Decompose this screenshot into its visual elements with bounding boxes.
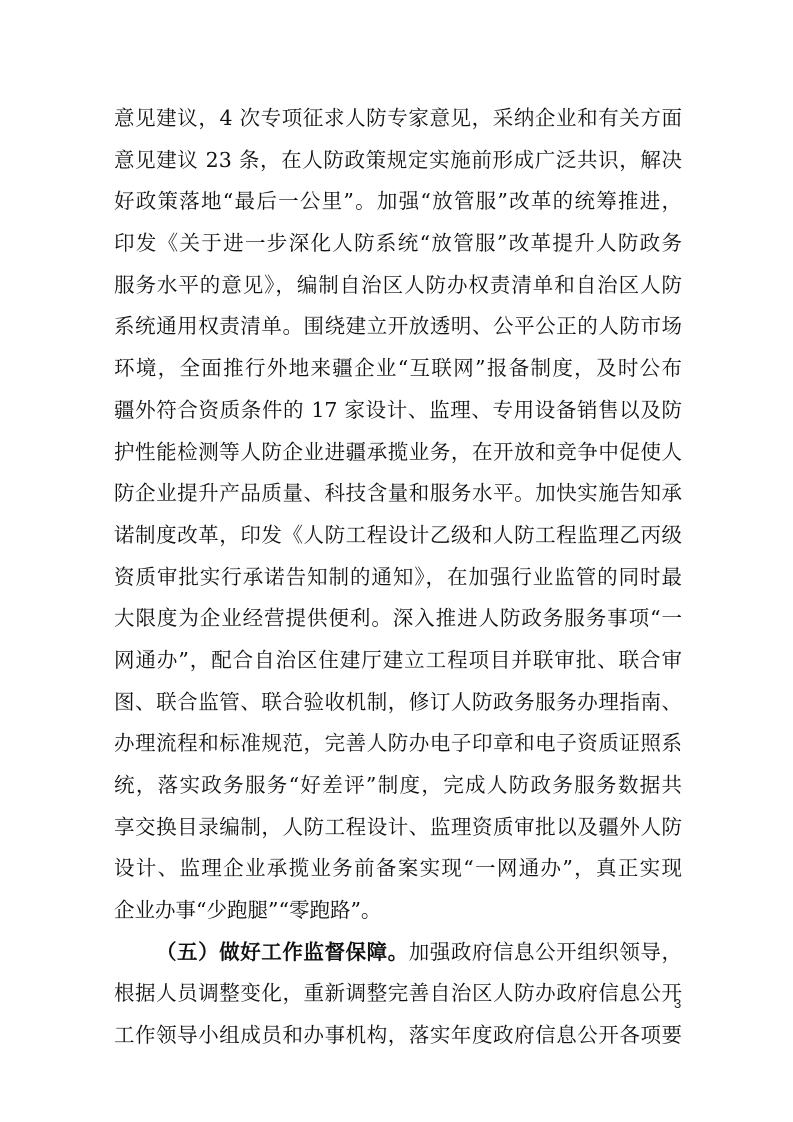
text-line: 诺制度改革，印发《人防工程设计乙级和人防工程监理乙丙级 xyxy=(114,515,682,557)
text-line: 享交换目录编制，人防工程设计、监理资质审批以及疆外人防 xyxy=(114,807,682,849)
text-line: 统，落实政务服务“好差评”制度，完成人防政务服务数据共 xyxy=(114,765,682,807)
text-line: 设计、监理企业承揽业务前备案实现“一网通办”，真正实现 xyxy=(114,848,682,890)
text-line: 工作领导小组成员和办事机构，落实年度政府信息公开各项要 xyxy=(114,1015,682,1057)
text-line: 图、联合监管、联合验收机制，修订人防政务服务办理指南、 xyxy=(114,682,682,724)
section-heading-rest: 加强政府信息公开组织领导， xyxy=(409,940,682,964)
text-line: 根据人员调整变化，重新调整完善自治区人防办政府信息公开 xyxy=(114,973,682,1015)
body-text: 意见建议，4 次专项征求人防专家意见，采纳企业和有关方面 意见建议 23 条，在… xyxy=(114,98,682,1057)
page-number: 3 xyxy=(674,996,681,1011)
document-page: 意见建议，4 次专项征求人防专家意见，采纳企业和有关方面 意见建议 23 条，在… xyxy=(0,0,793,1122)
text-line: 环境，全面推行外地来疆企业“互联网”报备制度，及时公布 xyxy=(114,348,682,390)
text-line: 资质审批实行承诺告知制的通知》，在加强行业监管的同时最 xyxy=(114,557,682,599)
text-line: 印发《关于进一步深化人防系统“放管服”改革提升人防政务 xyxy=(114,223,682,265)
text-line: 企业办事“少跑腿”“零跑路”。 xyxy=(114,890,682,932)
section-heading-line: （五）做好工作监督保障。加强政府信息公开组织领导， xyxy=(114,932,682,974)
section-heading: （五）做好工作监督保障。 xyxy=(156,940,409,964)
text-line: 防企业提升产品质量、科技含量和服务水平。加快实施告知承 xyxy=(114,473,682,515)
text-line: 意见建议，4 次专项征求人防专家意见，采纳企业和有关方面 xyxy=(114,98,682,140)
text-line: 办理流程和标准规范，完善人防办电子印章和电子资质证照系 xyxy=(114,723,682,765)
text-line: 大限度为企业经营提供便利。深入推进人防政务服务事项“一 xyxy=(114,598,682,640)
text-line: 网通办”，配合自治区住建厅建立工程项目并联审批、联合审 xyxy=(114,640,682,682)
text-line: 意见建议 23 条，在人防政策规定实施前形成广泛共识，解决 xyxy=(114,140,682,182)
text-line: 系统通用权责清单。围绕建立开放透明、公平公正的人防市场 xyxy=(114,306,682,348)
text-line: 护性能检测等人防企业进疆承揽业务，在开放和竞争中促使人 xyxy=(114,432,682,474)
text-line: 服务水平的意见》，编制自治区人防办权责清单和自治区人防 xyxy=(114,265,682,307)
text-line: 疆外符合资质条件的 17 家设计、监理、专用设备销售以及防 xyxy=(114,390,682,432)
text-line: 好政策落地“最后一公里”。加强“放管服”改革的统筹推进， xyxy=(114,181,682,223)
